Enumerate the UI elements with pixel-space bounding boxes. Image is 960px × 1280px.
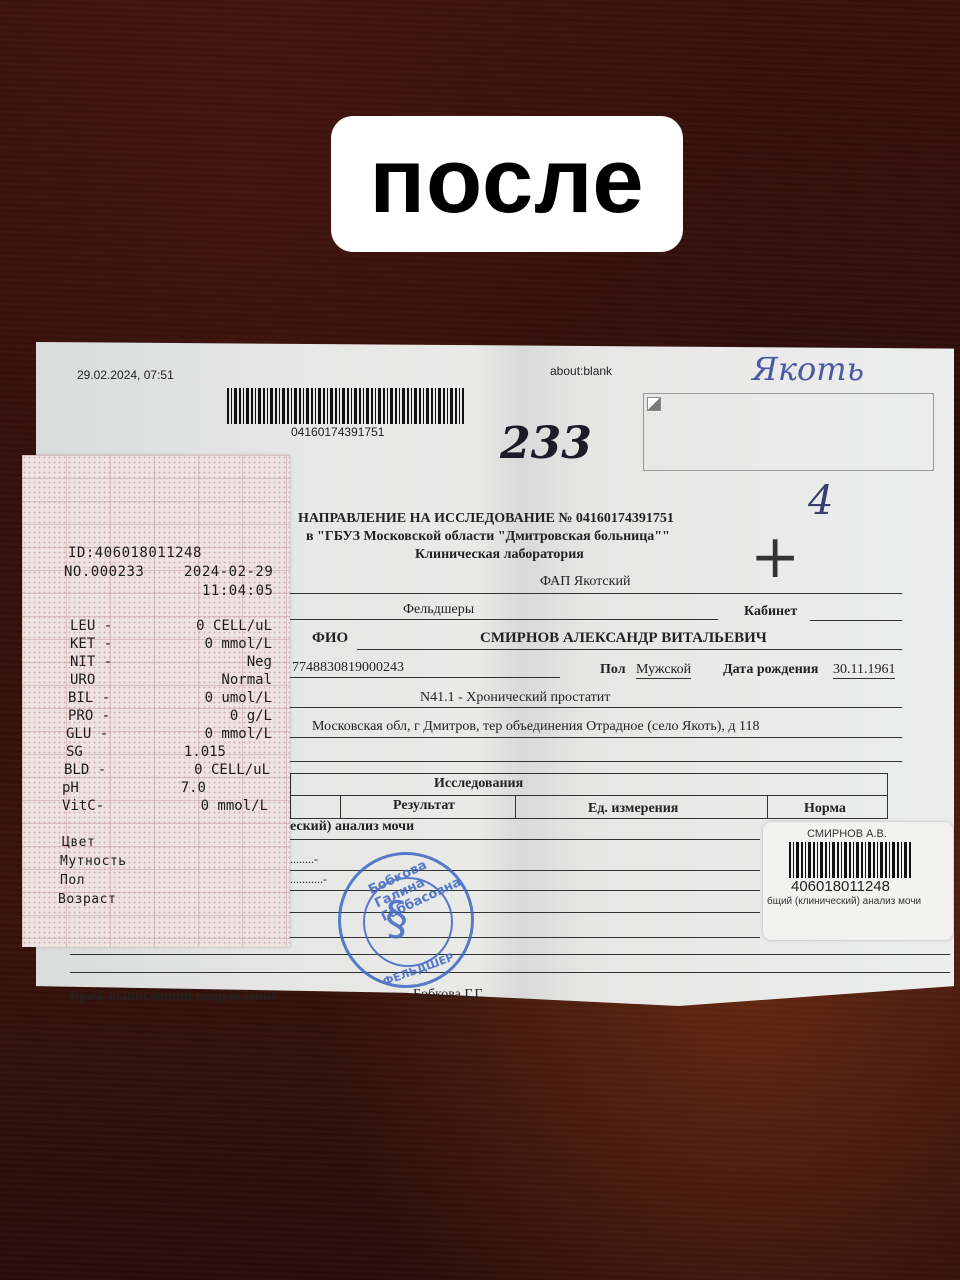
divider (290, 593, 902, 594)
column-result: Результат (393, 798, 455, 814)
divider (290, 619, 718, 620)
divider (290, 761, 902, 762)
table-row-item: ...........- (290, 872, 327, 887)
diagnosis: N41.1 - Хронический простатит (420, 690, 610, 706)
sex-label: Пол (600, 662, 626, 678)
fio-label: ФИО (312, 630, 348, 647)
referral-barcode (227, 388, 464, 424)
handwritten-number: 233 (500, 418, 592, 469)
handwritten-plus: + (750, 522, 800, 592)
dob-value: 30.11.1961 (833, 662, 895, 679)
handwritten-digit: 4 (808, 478, 833, 524)
table-divider (290, 795, 888, 796)
table-col-divider (767, 795, 768, 819)
divider (290, 707, 902, 708)
overlay-label: после (331, 116, 683, 252)
receipt-field-color: Цвет (62, 835, 95, 850)
urine-analyzer-receipt: ID:406018011248 NO.000233 2024-02-29 11:… (22, 455, 290, 947)
result-row: SG1.015 (66, 744, 226, 762)
fio-field (357, 649, 902, 650)
divider (70, 954, 950, 955)
form-institution: в "ГБУЗ Московской области "Дмитровская … (306, 529, 670, 545)
form-specialty: Фельдшеры (403, 602, 474, 618)
receipt-time: 11:04:05 (202, 583, 273, 599)
result-row: VitC-0 mmol/L (62, 798, 268, 816)
caduceus-icon: § (385, 895, 408, 941)
sample-sticker: СМИРНОВ А.В. 406018011248 бщий (клиничес… (763, 822, 953, 940)
result-row: PRO -0 g/L (68, 708, 272, 726)
form-title: НАПРАВЛЕНИЕ НА ИССЛЕДОВАНИЕ № 0416017439… (298, 511, 674, 527)
result-row: NIT -Neg (70, 654, 272, 672)
policy-field (290, 677, 560, 678)
result-row: BIL -0 umol/L (68, 690, 272, 708)
divider (70, 972, 950, 973)
divider (290, 737, 902, 738)
receipt-id: ID:406018011248 (68, 545, 202, 561)
form-department: Клиническая лаборатория (415, 547, 584, 563)
fio-value: СМИРНОВ АЛЕКСАНДР ВИТАЛЬЕВИЧ (480, 630, 767, 647)
result-row: KET -0 mmol/L (70, 636, 272, 654)
result-row: pH7.0 (62, 780, 206, 798)
result-row: LEU -0 CELL/uL (70, 618, 272, 636)
image-placeholder (643, 393, 934, 471)
result-row: BLD -0 CELL/uL (64, 762, 270, 780)
dob-label: Дата рождения (723, 662, 818, 678)
receipt-field-sex: Пол (60, 873, 85, 888)
receipt-field-turbidity: Мутность (60, 854, 127, 869)
cabinet-field (810, 620, 902, 621)
result-row: GLU -0 mmol/L (66, 726, 272, 744)
print-url: about:blank (550, 364, 612, 378)
receipt-number: NO.000233 (64, 564, 144, 580)
handwritten-village: Якоть (752, 350, 864, 388)
receipt-date: 2024-02-29 (184, 564, 273, 580)
sex-value: Мужской (636, 662, 691, 679)
doctor-label: Врач, выписавший направление (70, 989, 277, 1005)
sticker-test: бщий (клинический) анализ мочи (767, 896, 921, 907)
form-unit: ФАП Якотский (540, 574, 630, 590)
sticker-barcode-number: 406018011248 (791, 878, 890, 895)
result-row: URONormal (70, 672, 272, 690)
table-col-divider (515, 795, 516, 819)
table-col-divider (340, 795, 341, 819)
print-datetime: 29.02.2024, 07:51 (77, 368, 174, 382)
table-row-line (290, 839, 760, 840)
medical-stamp: Бобкова Галина Габбасовна ФЕЛЬДШЕР § (338, 852, 474, 988)
column-unit: Ед. измерения (588, 801, 678, 817)
sticker-barcode (789, 842, 911, 878)
sticker-patient: СМИРНОВ А.В. (807, 828, 887, 840)
table-row-test: еский) анализ мочи (290, 819, 414, 835)
policy-number: 7748830819000243 (292, 660, 404, 676)
referral-barcode-number: 04160174391751 (291, 425, 384, 439)
address: Московская обл, г Дмитров, тер объединен… (312, 719, 760, 735)
overlay-label-text: после (369, 135, 644, 227)
table-header: Исследования (434, 776, 523, 792)
column-norm: Норма (804, 801, 846, 817)
table-row-item: ........- (290, 852, 318, 867)
receipt-field-age: Возраст (58, 892, 116, 907)
broken-image-icon (647, 397, 661, 411)
cabinet-label: Кабинет (744, 604, 797, 620)
doctor-name: Бобкова Г.Г. (413, 987, 484, 1003)
